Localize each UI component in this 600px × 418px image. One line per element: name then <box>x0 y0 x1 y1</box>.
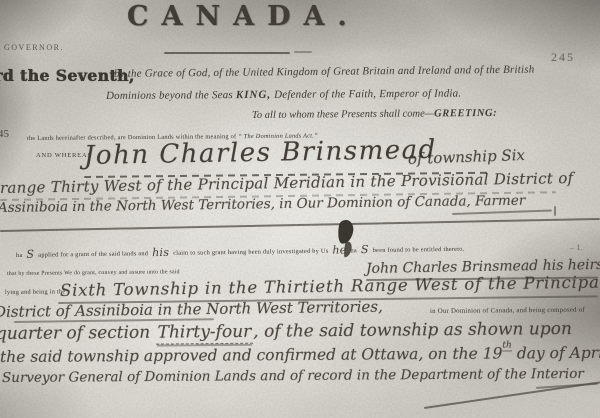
mid-divider-rule <box>0 218 600 232</box>
location-printed: lying and being in the <box>5 288 65 296</box>
margin-number: 45 <box>0 128 9 140</box>
royal-style-line-1: by the Grace of God, of the United Kingd… <box>114 64 535 80</box>
title-divider-rule <box>164 52 290 54</box>
grant-clause-printed: that by these Presents We do grant, conv… <box>7 269 180 277</box>
ink-blot <box>336 219 355 245</box>
application-clause: haSapplied for a grant of the said lands… <box>16 241 465 260</box>
document-title: CANADA. <box>127 1 360 32</box>
app-printed-seg2: claim to such grant having been duly inv… <box>173 248 328 257</box>
app-printed-ha1: ha <box>16 252 23 259</box>
app-printed-ha2: ha <box>350 247 357 254</box>
greeting-prefix: To all to whom these Presents shall come… <box>252 108 434 121</box>
royal-style-line-2b: KING, <box>236 89 271 101</box>
dominion-printed: in Our Dominion of Canada, and being com… <box>430 307 585 315</box>
scanned-land-grant-document: CANADA. GOVERNOR. 245 rd the Seventh, by… <box>0 0 600 418</box>
title-divider-dash <box>294 51 312 53</box>
description-line-2: the said township approved and confirmed… <box>0 344 600 366</box>
description-1c: , of the said township as shown upon <box>253 319 572 342</box>
grantee-name-handwriting: John Charles Brinsmead <box>84 135 437 171</box>
page-number: 245 <box>551 50 575 65</box>
app-handwritten-his: his <box>152 246 169 259</box>
description-2a: the said township approved and confirmed… <box>0 344 503 366</box>
app-printed-seg1: applied for a grant of the said lands an… <box>38 250 148 259</box>
stray-tick-mark <box>554 206 556 216</box>
district-handwriting: District of Assiniboia in the North West… <box>0 298 383 321</box>
app-handwritten-s1: S <box>26 248 34 261</box>
royal-style-line-2c: Defender of the Faith, Emperor of India. <box>271 88 461 101</box>
residence-handwriting-1: of township Six <box>408 146 526 168</box>
description-1a: quarter of section <box>0 323 156 344</box>
ordinal-superscript: th <box>502 340 511 351</box>
royal-style-line-2a: Dominions beyond the Seas <box>106 89 236 102</box>
description-line-3: Surveyor General of Dominion Lands and o… <box>2 366 584 386</box>
residence-handwriting-3: Assiniboia in the North West Territories… <box>0 193 525 216</box>
description-2b: day of April <box>512 344 600 363</box>
app-handwritten-s2: S <box>361 243 369 256</box>
app-handwritten-he: he <box>332 243 346 256</box>
governor-margin-label: GOVERNOR. <box>4 43 64 52</box>
stray-margin-mark: – 1. <box>570 243 583 252</box>
greeting-emphasis: GREETING: <box>434 108 497 120</box>
residence-trailing-rule <box>452 210 552 215</box>
description-line-1: quarter of section Thirty-four, of the s… <box>0 319 572 344</box>
bottom-diagonal-line <box>424 380 600 408</box>
greeting-line: To all to whom these Presents shall come… <box>252 108 497 121</box>
royal-style-line-2: Dominions beyond the Seas KING, Defender… <box>106 88 461 102</box>
section-number-handwriting: Thirty-four <box>156 322 254 345</box>
app-printed-seg3: been found to be entitled thereto. <box>373 246 465 254</box>
